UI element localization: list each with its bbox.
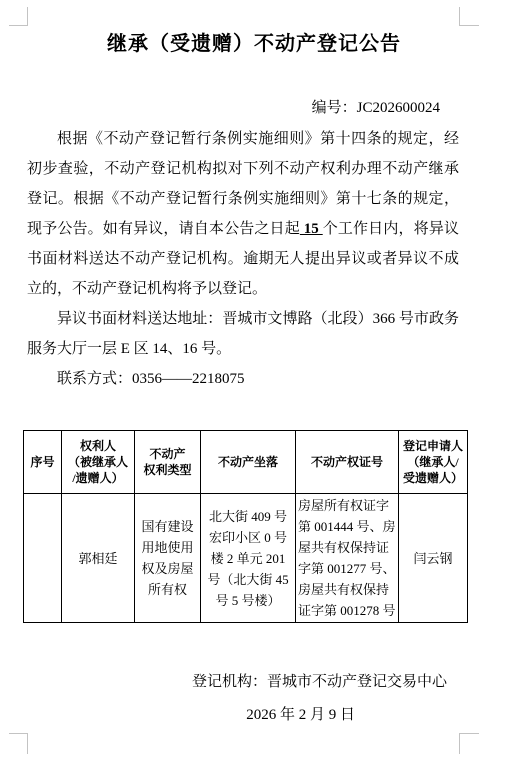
header-cert-no: 不动产权证号 <box>296 431 399 494</box>
document-number-line: 编号：JC202600024 <box>0 96 440 117</box>
cell-right-type: 国有建设用地使用权及房屋所有权 <box>135 494 201 623</box>
page-margin-mark-top-right <box>459 7 479 26</box>
contact-phone-number: 0356——2218075 <box>132 371 245 387</box>
registration-agency-line: 登记机构：晋城市不动产登记交易中心 <box>27 670 447 691</box>
contact-label: 联系方式： <box>57 371 132 387</box>
notice-paragraph-1: 根据《不动产登记暂行条例实施细则》第十四条的规定，经初步查验，不动产登记机构拟对… <box>27 124 459 304</box>
objection-days-underlined: 15 <box>300 221 323 237</box>
table-row: 郭相廷 国有建设用地使用权及房屋所有权 北大街 409 号宏印小区 0 号楼 2… <box>24 494 468 623</box>
page-margin-mark-bottom-left <box>9 733 28 754</box>
cell-location: 北大街 409 号宏印小区 0 号楼 2 单元 201 号（北大街 45 号 5… <box>201 494 296 623</box>
header-right-type: 不动产 权利类型 <box>135 431 201 494</box>
page-margin-mark-top-left <box>9 7 28 26</box>
contact-line: 联系方式：0356——2218075 <box>27 364 459 394</box>
page-title: 继承（受遗赠）不动产登记公告 <box>0 27 508 56</box>
document-number-value: JC202600024 <box>357 100 440 116</box>
header-location: 不动产坐落 <box>201 431 296 494</box>
document-page: 继承（受遗赠）不动产登记公告 编号：JC202600024 根据《不动产登记暂行… <box>0 0 508 759</box>
cell-applicant: 闫云钢 <box>399 494 468 623</box>
notice-body: 根据《不动产登记暂行条例实施细则》第十四条的规定，经初步查验，不动产登记机构拟对… <box>27 124 459 394</box>
cell-right-holder: 郭相廷 <box>62 494 135 623</box>
announcement-date: 2026 年 2 月 9 日 <box>27 703 355 724</box>
header-seq: 序号 <box>24 431 62 494</box>
table-header-row: 序号 权利人 （被继承人 /遗赠人） 不动产 权利类型 不动产坐落 不动产权证号… <box>24 431 468 494</box>
header-right-holder: 权利人 （被继承人 /遗赠人） <box>62 431 135 494</box>
cell-cert-no: 房屋所有权证字第 001444 号、房屋共有权保持证字第 001277 号、房屋… <box>296 494 399 623</box>
property-registration-table: 序号 权利人 （被继承人 /遗赠人） 不动产 权利类型 不动产坐落 不动产权证号… <box>23 430 468 623</box>
page-margin-mark-bottom-right <box>459 733 479 754</box>
document-number-label: 编号： <box>312 100 357 116</box>
cell-seq <box>24 494 62 623</box>
notice-paragraph-2-address: 异议书面材料送达地址：晋城市文博路（北段）366 号市政务服务大厅一层 E 区 … <box>27 304 459 364</box>
header-applicant: 登记申请人 （继承人/ 受遗赠人） <box>399 431 468 494</box>
